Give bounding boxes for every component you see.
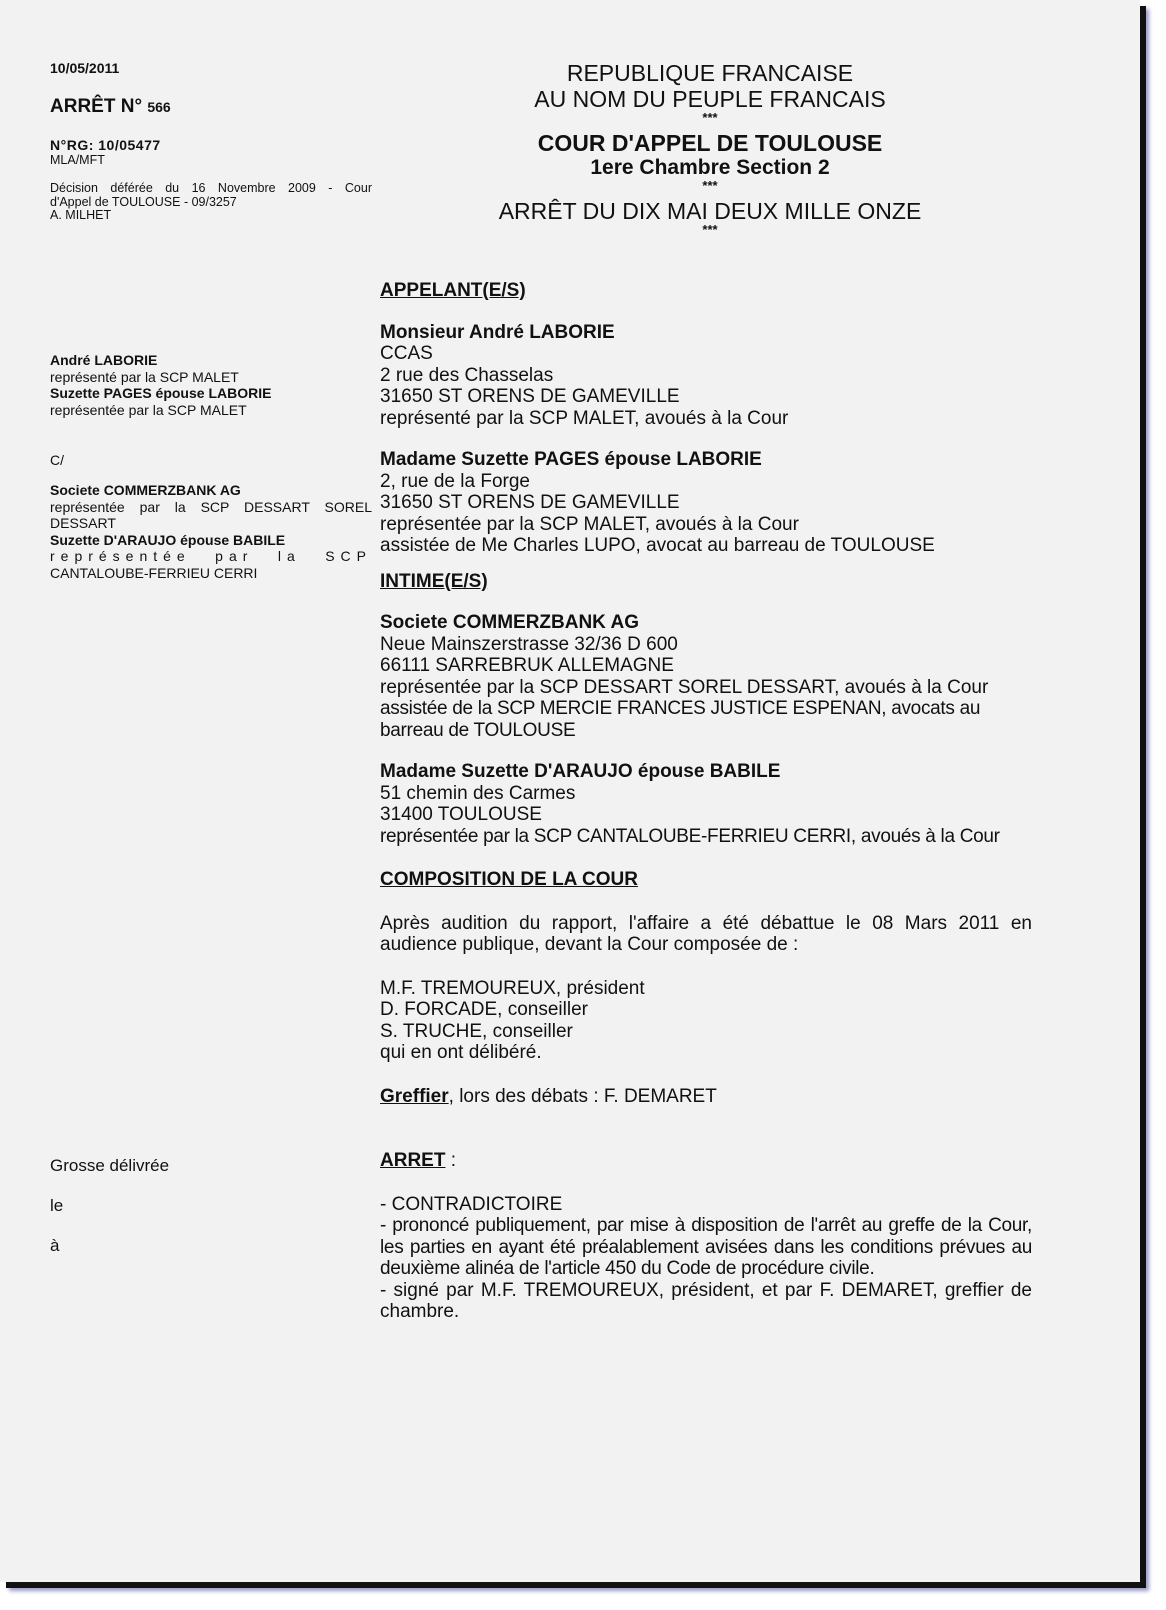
judge-line: M.F. TREMOUREUX, président — [380, 978, 1032, 1000]
party-representation: représentée par la SCP — [50, 548, 372, 565]
party-line: 2, rue de la Forge — [380, 471, 1032, 493]
judges-list: M.F. TREMOUREUX, président D. FORCADE, c… — [380, 978, 1032, 1064]
party-line: Neue Mainszerstrasse 32/36 D 600 — [380, 634, 1032, 656]
left-respondents-summary: Societe COMMERZBANK AG représentée par l… — [50, 482, 372, 581]
arret-items: - CONTRADICTOIRE - prononcé publiquement… — [380, 1194, 1032, 1323]
party-name: Societe COMMERZBANK AG — [50, 482, 372, 499]
separator-stars: *** — [440, 112, 980, 124]
initials: MLA/MFT — [50, 153, 105, 167]
greffier-label: Greffier — [380, 1086, 449, 1107]
main-body: APPELANT(E/S) Monsieur André LABORIE CCA… — [380, 280, 1032, 1323]
section-title-intimes: INTIME(E/S) — [380, 571, 1032, 593]
respondent-block: Societe COMMERZBANK AG Neue Mainszerstra… — [380, 612, 1032, 741]
arret-label: ARRET — [380, 1150, 445, 1171]
appellant-block: Madame Suzette PAGES épouse LABORIE 2, r… — [380, 449, 1032, 557]
party-line: représenté par la SCP MALET, avoués à la… — [380, 408, 1032, 430]
arret-number: 566 — [147, 99, 170, 115]
grosse-label: Grosse délivrée — [50, 1146, 169, 1186]
party-line: 2 rue des Chasselas — [380, 365, 1032, 387]
left-appellants-summary: André LABORIE représenté par la SCP MALE… — [50, 352, 372, 418]
party-name: Suzette PAGES épouse LABORIE — [50, 385, 372, 402]
party-representation: représenté par la SCP MALET — [50, 369, 372, 386]
judge-line: S. TRUCHE, conseiller — [380, 1021, 1032, 1043]
arret-item: - CONTRADICTOIRE — [380, 1194, 1032, 1216]
arret-colon: : — [445, 1150, 456, 1171]
arret-item: - signé par M.F. TREMOUREUX, président, … — [380, 1280, 1032, 1323]
decision-line: d'Appel de TOULOUSE - 09/3257 — [50, 196, 372, 210]
separator-stars: *** — [440, 180, 980, 192]
document-date: 10/05/2011 — [50, 60, 119, 76]
party-line: 31650 ST ORENS DE GAMEVILLE — [380, 492, 1032, 514]
document-page: 10/05/2011 ARRÊT N° 566 N°RG: 10/05477 M… — [0, 0, 1140, 1582]
party-representation: représentée par la SCP MALET — [50, 402, 372, 419]
party-line: représentée par la SCP MALET, avoués à l… — [380, 514, 1032, 536]
grosse-block: Grosse délivrée le à — [50, 1146, 169, 1266]
party-representation: représentée par la SCP DESSART SOREL — [50, 499, 372, 516]
judge-line: D. FORCADE, conseiller — [380, 999, 1032, 1021]
party-line: 66111 SARREBRUK ALLEMAGNE — [380, 655, 1032, 677]
arret-title: ARRÊT DU DIX MAI DEUX MILLE ONZE — [440, 198, 980, 224]
party-line: CCAS — [380, 343, 1032, 365]
republic-subtitle: AU NOM DU PEUPLE FRANCAIS — [440, 86, 980, 112]
party-line: représentée par la SCP CANTALOUBE-FERRIE… — [380, 826, 1032, 848]
section-title-appelants: APPELANT(E/S) — [380, 280, 1032, 302]
judge-line: qui en ont délibéré. — [380, 1042, 1032, 1064]
document-header: REPUBLIQUE FRANCAISE AU NOM DU PEUPLE FR… — [440, 60, 980, 236]
composition-text: Après audition du rapport, l'affaire a é… — [380, 913, 1032, 956]
separator-stars: *** — [440, 224, 980, 236]
greffier-text: , lors des débats : F. DEMARET — [449, 1086, 717, 1107]
republic-title: REPUBLIQUE FRANCAISE — [440, 60, 980, 86]
court-name: COUR D'APPEL DE TOULOUSE — [440, 130, 980, 156]
party-name: Societe COMMERZBANK AG — [380, 612, 1032, 634]
party-line: 51 chemin des Carmes — [380, 783, 1032, 805]
grosse-date-label: le — [50, 1186, 169, 1226]
contre-marker: C/ — [50, 452, 64, 468]
respondent-block: Madame Suzette D'ARAUJO épouse BABILE 51… — [380, 761, 1032, 847]
grosse-recipient-label: à — [50, 1226, 169, 1266]
arret-item: - prononcé publiquement, par mise à disp… — [380, 1215, 1032, 1280]
section-title-composition: COMPOSITION DE LA COUR — [380, 869, 1032, 891]
party-line: 31400 TOULOUSE — [380, 804, 1032, 826]
arret-label: ARRÊT N° — [50, 96, 142, 117]
party-name: André LABORIE — [50, 352, 372, 369]
greffier-line: Greffier, lors des débats : F. DEMARET — [380, 1086, 1032, 1108]
decision-line: Décision déférée du 16 Novembre 2009 - C… — [50, 182, 372, 196]
party-name: Madame Suzette PAGES épouse LABORIE — [380, 449, 1032, 471]
party-representation: CANTALOUBE-FERRIEU CERRI — [50, 565, 372, 582]
party-name: Madame Suzette D'ARAUJO épouse BABILE — [380, 761, 1032, 783]
arret-heading: ARRET : — [380, 1150, 1032, 1172]
party-line: assistée de Me Charles LUPO, avocat au b… — [380, 535, 1032, 557]
party-representation: DESSART — [50, 515, 372, 532]
appellant-block: Monsieur André LABORIE CCAS 2 rue des Ch… — [380, 322, 1032, 430]
decision-line: A. MILHET — [50, 209, 372, 223]
party-name: Monsieur André LABORIE — [380, 322, 1032, 344]
rg-number: N°RG: 10/05477 — [50, 137, 161, 153]
party-name: Suzette D'ARAUJO épouse BABILE — [50, 532, 372, 549]
party-line: assistée de la SCP MERCIE FRANCES JUSTIC… — [380, 698, 1032, 741]
chamber-name: 1ere Chambre Section 2 — [440, 156, 980, 180]
decision-reference: Décision déférée du 16 Novembre 2009 - C… — [50, 182, 372, 223]
arret-number-heading: ARRÊT N° 566 — [50, 96, 171, 118]
party-line: 31650 ST ORENS DE GAMEVILLE — [380, 386, 1032, 408]
party-line: représentée par la SCP DESSART SOREL DES… — [380, 677, 1032, 699]
